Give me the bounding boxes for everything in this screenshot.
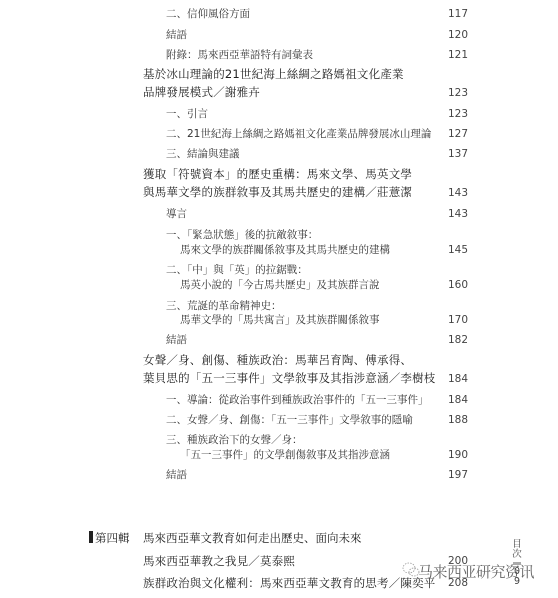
page-number: 117 bbox=[440, 8, 468, 21]
toc-entry: 馬來文學的族群關係敘事及其馬共歷史的建構 bbox=[180, 244, 390, 257]
page-number: 190 bbox=[440, 449, 468, 462]
toc-article-title-line: 族群政治與文化權利：馬來西亞華文教育的思考／陳奕平 bbox=[143, 577, 436, 590]
toc-entry: 三、種族政治下的女聲／身： bbox=[166, 434, 303, 447]
toc-entry: 附錄：馬來西亞華語特有詞彙表 bbox=[166, 49, 313, 62]
toc-entry: 二、女聲／身、創傷：「五一三事件」文學敘事的隱喻 bbox=[166, 414, 413, 427]
toc-entry: 一、導論：從政治事件到種族政治事件的「五一三事件」 bbox=[166, 394, 429, 407]
page-number: 145 bbox=[440, 244, 468, 257]
side-mark-char: 次 bbox=[510, 550, 524, 560]
toc-article-title-line: 馬來西亞華教之我見／莫泰熙 bbox=[143, 555, 295, 568]
page-number: 188 bbox=[440, 414, 468, 427]
page-number: 182 bbox=[440, 334, 468, 347]
toc-article-title-line: 與馬華文學的族群敘事及其馬共歷史的建構／莊薏潔 bbox=[143, 186, 412, 199]
page-number: 123 bbox=[440, 108, 468, 121]
page-number: 121 bbox=[440, 49, 468, 62]
toc-article-title-line: 葉貝思的「五一三事件」文學敘事及其指涉意涵／李樹枝 bbox=[143, 372, 436, 385]
part-title: 馬來西亞華文教育如何走出歷史、面向未來 bbox=[143, 530, 362, 546]
toc-entry: 一、引言 bbox=[166, 108, 208, 121]
toc-page: 二、信仰風俗方面 117 結語 120 附錄：馬來西亞華語特有詞彙表 121 基… bbox=[0, 0, 558, 598]
toc-entry: 三、結論與建議 bbox=[166, 148, 240, 161]
page-number: 184 bbox=[440, 394, 468, 407]
toc-article-title-line: 基於冰山理論的21世紀海上絲綢之路媽祖文化產業 bbox=[143, 68, 404, 81]
toc-entry: 三、荒誕的革命精神史： bbox=[166, 300, 282, 313]
toc-entry: 馬英小說的「今古馬共歷史」及其族群言說 bbox=[180, 279, 380, 292]
watermark-text: 马来西亚研究资讯 bbox=[418, 561, 534, 582]
page-number: 120 bbox=[440, 29, 468, 42]
toc-article-title-line: 品牌發展模式／謝雅卉 bbox=[143, 86, 260, 99]
toc-entry: 結語 bbox=[166, 29, 187, 42]
page-number: 143 bbox=[440, 187, 468, 200]
page-number: 170 bbox=[440, 314, 468, 327]
toc-entry: 二、21世紀海上絲綢之路媽祖文化產業品牌發展冰山理論 bbox=[166, 128, 431, 141]
page-number: 137 bbox=[440, 148, 468, 161]
page-number: 160 bbox=[440, 279, 468, 292]
toc-entry: 二、信仰風俗方面 bbox=[166, 8, 250, 21]
toc-entry: 結語 bbox=[166, 469, 187, 482]
page-number: 123 bbox=[440, 87, 468, 100]
toc-entry: 結語 bbox=[166, 334, 187, 347]
toc-article-title-line: 獲取「符號資本」的歷史重構：馬來文學、馬英文學 bbox=[143, 168, 412, 181]
toc-entry: 馬華文學的「馬共寓言」及其族群關係敘事 bbox=[180, 314, 380, 327]
toc-article-title-line: 女聲／身、創傷、種族政治：馬華呂育陶、傅承得、 bbox=[143, 354, 412, 367]
page-number: 184 bbox=[440, 373, 468, 386]
page-number: 143 bbox=[440, 208, 468, 221]
toc-entry: 一、「緊急狀態」後的抗敵敘事： bbox=[166, 229, 318, 242]
part-marker-bar bbox=[89, 531, 93, 543]
part-label: 第四輯 bbox=[95, 530, 130, 546]
page-number: 127 bbox=[440, 128, 468, 141]
page-number: 197 bbox=[440, 469, 468, 482]
toc-entry: 二、「中」與「英」的拉鋸戰： bbox=[166, 264, 308, 277]
toc-entry: 「五一三事件」的文學創傷敘事及其指涉意涵 bbox=[180, 449, 390, 462]
toc-entry: 導言 bbox=[166, 208, 187, 221]
